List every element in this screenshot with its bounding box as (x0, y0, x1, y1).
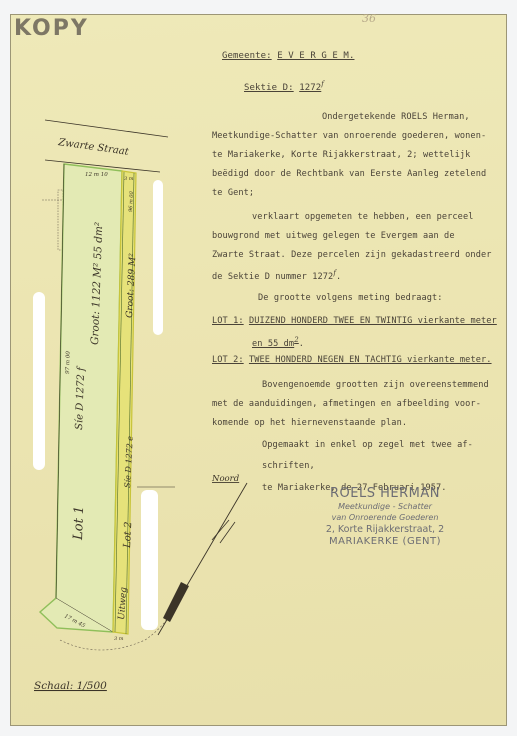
street-name: Zwarte Straat (57, 137, 131, 158)
lot1-parcel-number: Síe D 1272 f (74, 365, 87, 430)
lot1-name: Lot 1 (71, 506, 87, 542)
north-arrow-head-icon (163, 582, 189, 622)
lot2-area: Groot: 289 M² (125, 253, 138, 319)
lot2-parcel-number: Síe D 1272 e (123, 436, 135, 489)
lot2-side-length: 96 m 00 (128, 190, 135, 212)
lot2-front-width: 3 m (124, 176, 134, 182)
scale-label: Schaal: 1/500 (34, 680, 107, 692)
lot2-name: Lot 2 (122, 521, 134, 549)
lot2-rear-width: 3 m (114, 636, 124, 642)
lot1-front-width: 12 m 10 (85, 172, 108, 178)
whiteout-mark (153, 180, 163, 335)
whiteout-mark (33, 292, 45, 470)
whiteout-mark (141, 490, 158, 630)
north-label: Noord (211, 474, 240, 484)
survey-plan: Zwarte Straat Lot 1 Síe D 1272 f Groot: … (0, 0, 517, 736)
north-arrow-feather-icon (212, 520, 229, 540)
lot1-side-length: 97 m 00 (65, 351, 72, 374)
street-edge-line (45, 120, 168, 137)
